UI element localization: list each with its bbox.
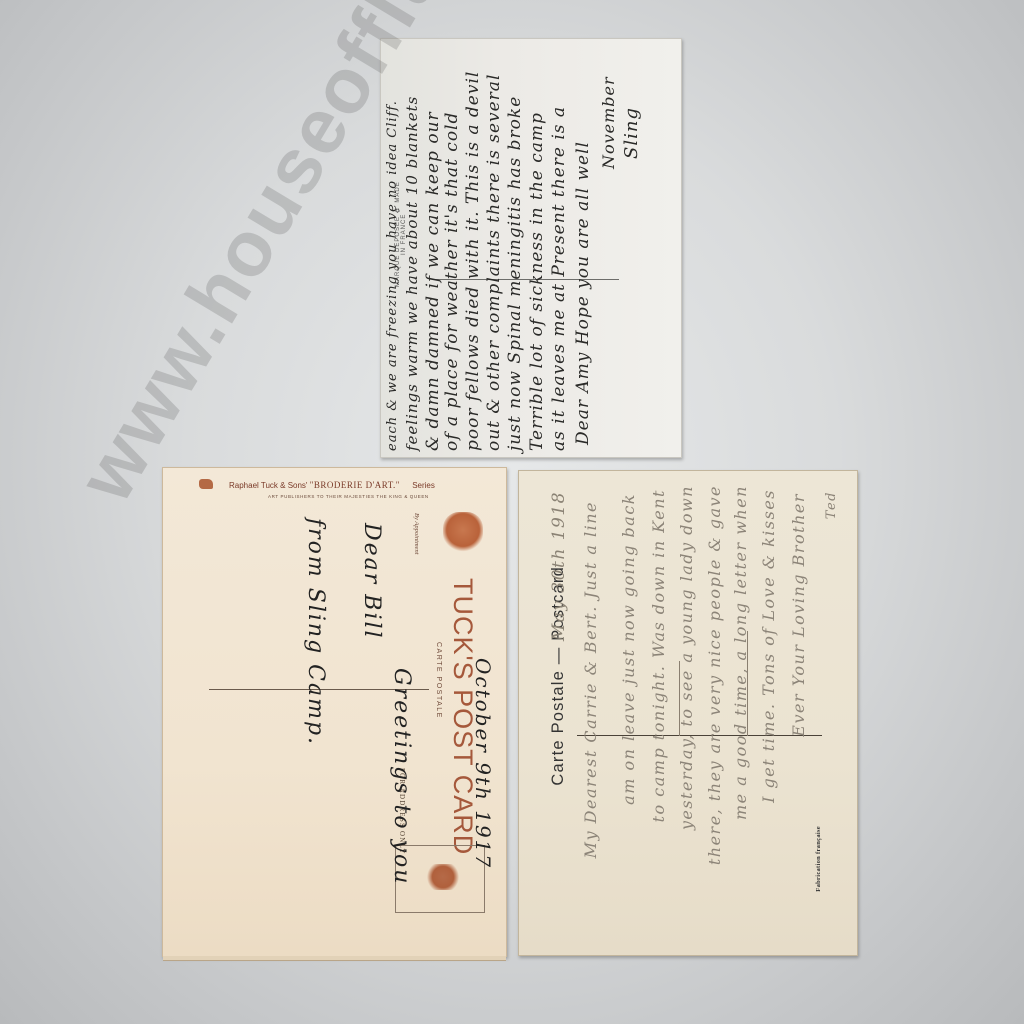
letter-line: poor fellows died with it. This is a dev… [463,71,483,451]
by-appointment-text: By Appointment [413,513,420,555]
handwritten-date: October 9th 1917 [471,658,495,869]
royal-crest-icon [443,512,483,552]
sender-place: Sling [621,107,642,159]
handwritten-line: to camp tonight. Was down in Kent [649,489,668,822]
handwritten-line: yesterday, to see a young lady down [677,485,696,830]
publisher-name: Raphael Tuck & Sons' [229,481,307,490]
letter-line: out & other complaints there is several [484,74,504,451]
letter-line: feelings warm we have about 10 blankets [403,96,421,451]
sender-month: November [599,76,618,169]
handwritten-line: My Dearest Carrie & Bert. Just a line [581,501,600,858]
postcard-top-handwritten: MARQUE DÉPOSÉE ✿ MADE IN FRANCE Sling No… [380,38,682,458]
imprint-text: Fabrication française [815,826,822,892]
card-divider-line [577,735,822,736]
handwritten-line: I get time. Tons of Love & kisses [759,489,778,803]
handwritten-line: am on leave just now going back [619,493,638,805]
handwritten-greeting: Greetings to you [389,668,414,885]
letter-line: & damn damned if we can keep our [423,111,443,451]
handwritten-date: May 30th 1918 [549,491,569,641]
stamp-crest-icon [426,864,460,890]
letter-line: Dear Amy Hope you are all well [573,141,593,445]
handwritten-from: from Sling Camp. [303,518,328,746]
publisher-header: Raphael Tuck & Sons' "BRODERIE D'ART." S… [163,480,506,510]
handwritten-line: me a good time, a long letter when [731,485,750,820]
letter-line: each & we are freezing you have no idea … [385,100,400,451]
publisher-subtitle: ART PUBLISHERS TO THEIR MAJESTIES THE KI… [268,494,429,499]
postcard-tucks: Raphael Tuck & Sons' "BRODERIE D'ART." S… [162,467,507,957]
carte-postale-text: CARTE POSTALE [435,642,442,719]
letter-line: as it leaves me at Present there is a [549,106,569,451]
handwritten-line: Ever Your Loving Brother [789,493,808,737]
postcard-carte-postale: Carte Postale — Postcard Fabrication fra… [518,470,858,956]
card-edge [163,956,506,961]
letter-line: just now Spinal meningitis has broke [505,96,525,451]
series-label: Series [412,481,435,490]
letter-line: Terrible lot of sickness in the camp [527,112,547,451]
handwritten-letter: Sling November Dear Amy Hope you are all… [381,39,683,459]
handwritten-line: there, they are very nice people & gave [705,485,724,865]
publisher-line: Raphael Tuck & Sons' "BRODERIE D'ART." S… [229,480,435,490]
handwritten-salutation: Dear Bill [359,523,384,640]
letter-line: of a place for weather it's that cold [442,112,462,451]
handwritten-signature: Ted [824,491,839,519]
series-name: "BRODERIE D'ART." [310,480,400,490]
